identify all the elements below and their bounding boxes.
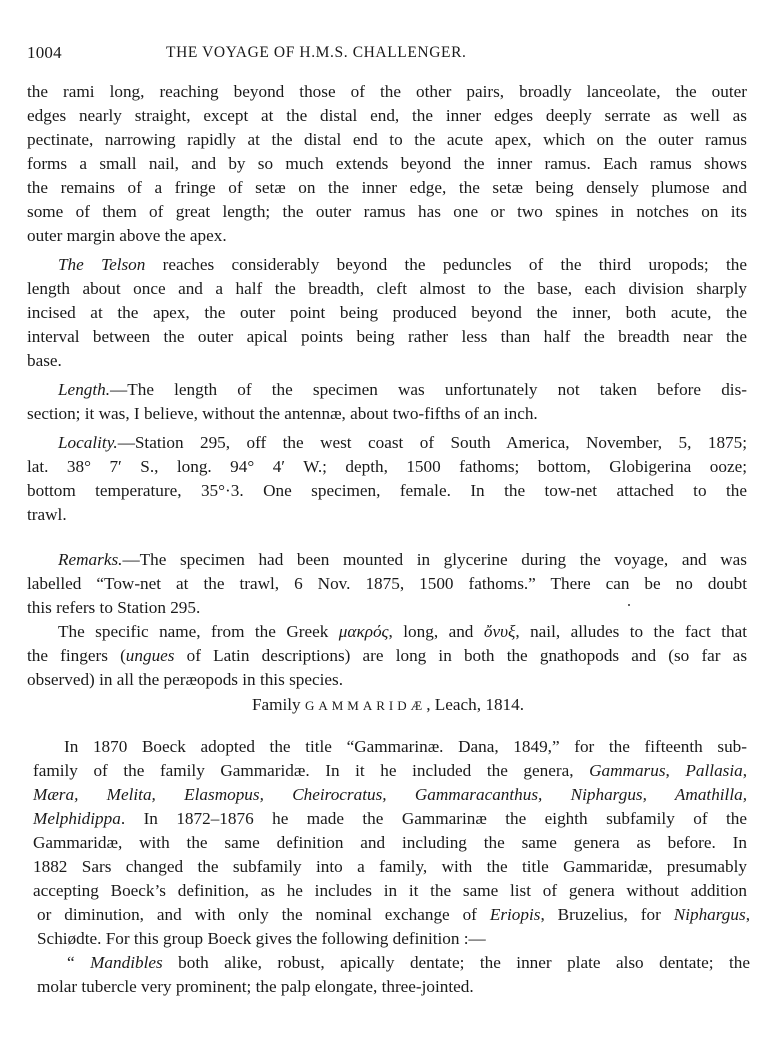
telson-label: The Telson (58, 255, 145, 274)
running-head: 1004 THE VOYAGE OF H.M.S. CHALLENGER. (27, 43, 747, 67)
remarks-label: Remarks. (58, 550, 122, 569)
text-line: Remarks.—The specimen had been mounted i… (58, 548, 747, 572)
text-line: base. (27, 349, 747, 373)
latin-term: ungues (126, 646, 175, 665)
text-line: trawl. (27, 503, 747, 527)
text-line: Length.—The length of the specimen was u… (58, 378, 747, 402)
text-line: In 1870 Boeck adopted the title “Gammari… (64, 735, 747, 759)
text-line: edges nearly straight, except at the dis… (27, 104, 747, 128)
text-line: incised at the apex, the outer point bei… (27, 301, 747, 325)
text-line: this refers to Station 295. (27, 596, 747, 620)
text-line: 1882 Sars changed the subfamily into a f… (33, 855, 747, 879)
text-line: Melphidippa. In 1872–1876 he made the Ga… (33, 807, 747, 831)
text-line: the fingers (ungues of Latin description… (27, 644, 747, 668)
running-title: THE VOYAGE OF H.M.S. CHALLENGER. (166, 44, 467, 62)
text-line: bottom temperature, 35°·3. One specimen,… (27, 479, 747, 503)
text-line: length about once and a half the breadth… (27, 277, 747, 301)
text-line: outer margin above the apex. (27, 224, 747, 248)
text-line: accepting Boeck’s definition, as he incl… (33, 879, 747, 903)
document-page: 1004 THE VOYAGE OF H.M.S. CHALLENGER. th… (0, 0, 776, 1050)
page-number: 1004 (27, 43, 62, 63)
mandibles-label: Mandibles (90, 953, 163, 972)
text-line: some of them of great length; the outer … (27, 200, 747, 224)
text-line: The Telson reaches considerably beyond t… (58, 253, 747, 277)
text-line: lat. 38° 7′ S., long. 94° 4′ W.; depth, … (27, 455, 747, 479)
length-label: Length. (58, 380, 110, 399)
family-heading: Family GAMMARIDÆ, Leach, 1814. (0, 693, 776, 718)
text-line: family of the family Gammaridæ. In it he… (33, 759, 747, 783)
text-line: the rami long, reaching beyond those of … (27, 80, 747, 104)
text-line: section; it was, I believe, without the … (27, 402, 747, 426)
locality-label: Locality. (58, 433, 118, 452)
family-name: GAMMARIDÆ (305, 698, 426, 713)
text-line: or diminution, and with only the nominal… (37, 903, 750, 927)
text-line: Schiødte. For this group Boeck gives the… (37, 927, 750, 951)
text-line: the remains of a fringe of setæ on the i… (27, 176, 747, 200)
text-line: forms a small nail, and by so much exten… (27, 152, 747, 176)
greek-word-makros: μακρός (339, 622, 389, 641)
genera-list-line: Mæra, Melita, Elasmopus, Cheirocratus, G… (33, 783, 747, 807)
text-line: interval between the outer apical points… (27, 325, 747, 349)
text-line: Gammaridæ, with the same definition and … (33, 831, 747, 855)
text-line: molar tubercle very prominent; the palp … (37, 975, 750, 999)
text-line: pectinate, narrowing rapidly at the dist… (27, 128, 747, 152)
text-line: “ Mandibles both alike, robust, apically… (67, 951, 750, 975)
text-line: The specific name, from the Greek μακρός… (58, 620, 747, 644)
text-line: labelled “Tow-net at the trawl, 6 Nov. 1… (27, 572, 747, 596)
greek-word-onyx: ὄνυξ (484, 622, 515, 641)
text-line: observed) in all the peræopods in this s… (27, 668, 747, 692)
print-speck (628, 604, 630, 606)
text-line: Locality.—Station 295, off the west coas… (58, 431, 747, 455)
